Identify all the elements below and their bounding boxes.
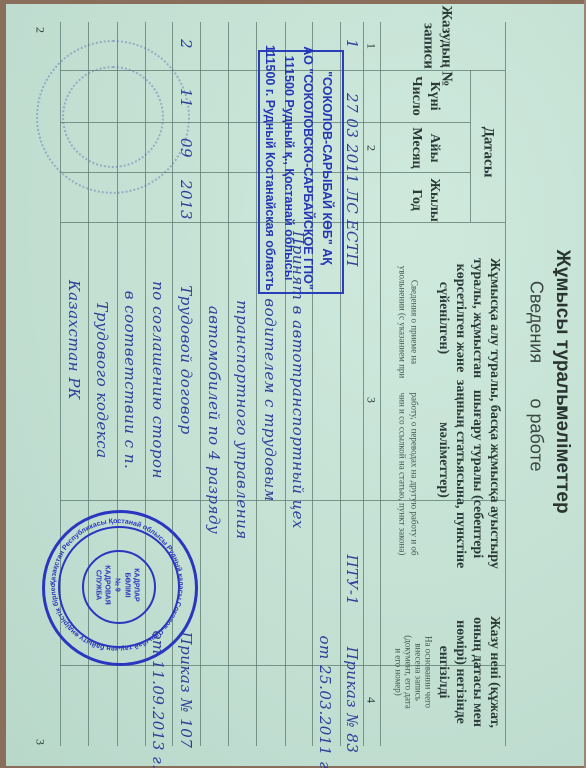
col3-header-ru-1: Сведения о приеме на [409, 280, 420, 364]
record-1-number: 1 [343, 39, 361, 49]
record-1-col4-line-2: от 25.03.2011 г. [316, 635, 334, 768]
day-header-kz: Күні [426, 81, 442, 110]
date-group-header: Датасы [480, 127, 497, 178]
stamp-line-1: "СОКОЛОВ-САРЫБАЙ КӨБ" АҚ [320, 71, 334, 265]
col3-header-ru-r1: работу, о переводах на другую работу и о… [409, 392, 420, 555]
col4-header-ru-1: На основании чего [423, 636, 434, 708]
grid-line [60, 500, 505, 501]
record-2-col3-line-3: в соответствии с п. [121, 291, 139, 470]
col1-header-ru: записи [420, 23, 437, 69]
col4-header-ru-4: и его номер) [393, 648, 404, 696]
col3-header-kz-4: сүйенілген) [435, 282, 451, 354]
col1-header-kz: Жазудың № [438, 6, 455, 87]
col1-number: 1 [364, 43, 379, 49]
col3-header-kz-r3: заңның статьясына, пунктіне [452, 380, 468, 568]
record-2-day: 11 [177, 88, 195, 108]
svg-text:Қазақстан Республикасы Қостана: Қазақстан Республикасы Қостанай облысы Р… [42, 510, 184, 652]
record-2-year: 2013 [177, 180, 195, 220]
day-header-ru: Число [408, 76, 424, 115]
month-header-ru: Месяц [408, 127, 424, 168]
record-1-col3-line-1: 27 03 2011 ЛС ЕСТП [343, 93, 361, 267]
title-ru-left: Сведения [526, 281, 547, 363]
title-kz-left: Жұмысы туралы [551, 250, 573, 411]
grid-line [505, 22, 506, 746]
col4-header-ru-3: (документ, его дата [403, 635, 414, 709]
col3-header-kz-r4: мәліметтер) [435, 422, 451, 498]
stamp-line-3: 111500 Рудный қ., Қостанай облысы [282, 56, 296, 281]
grid-line [228, 22, 229, 746]
grid-line [380, 22, 381, 746]
month-header-kz: Айы [426, 133, 442, 162]
record-1-col4-line-1: Приказ № 83 [343, 647, 361, 754]
col3-header-kz-1: Жұмысқа алу тура [486, 258, 502, 378]
col4-header-kz-2: оның датасы мен [469, 617, 485, 727]
col4-header-kz-3: нөмірі) негізінде [452, 620, 468, 724]
record-2-col3-line-2: по соглашению сторон [149, 281, 167, 479]
col4-header-kz-4: енгізілді [435, 646, 451, 699]
col3-header-ru-2: увольнении (с указанием при [397, 266, 408, 378]
grid-line [363, 22, 364, 746]
record-1-col3-line-4: водителем с трудовым [261, 298, 279, 501]
col3-header-kz-2: туралы, жұмыстан [469, 258, 485, 378]
col3-header-kz-r2: шығару туралы (себептері [469, 390, 485, 558]
page-number-left: 2 [33, 27, 48, 33]
col3-header-ru-r2: чин и со ссылкой на статью, пункт закона… [397, 393, 408, 556]
seal-outer-text-ring: Қазақстан Республикасы Қостанай облысы Р… [42, 510, 192, 660]
col2-number: 2 [364, 145, 379, 151]
title-ru-right: о работе [526, 398, 547, 471]
col3-header-kz-r1: лы, басқа жұмысқа ауыстыру [486, 379, 502, 569]
year-header-kz: Жылы [426, 178, 442, 222]
title-kz-right: мәліметтер [551, 406, 573, 513]
record-1-col3-line-6: автомобилей по 4 разряду [205, 306, 223, 534]
record-2-col3-line-1: Трудовой договор [177, 285, 195, 435]
record-2-col3-line-5: Казахстан РК [65, 280, 83, 400]
col4-number: 4 [364, 697, 379, 703]
record-1-col3-line-2: ПТУ-1 [343, 554, 361, 605]
record-2-number: 2 [177, 39, 195, 49]
stamp-line-4: 111500 г. Рудный Костанайская область [263, 45, 277, 291]
col3-header-kz-3: көрсетілген және [452, 264, 468, 373]
grid-line [470, 70, 471, 222]
year-header-ru: Год [408, 189, 424, 210]
page-number-right: 3 [33, 739, 48, 745]
grid-line [256, 22, 257, 746]
stamp-line-2: АО "СОКОЛОВСКО-САРБАЙСКОЕ ГПО" [301, 46, 315, 290]
grid-line [200, 22, 201, 746]
record-2-col3-line-4: Трудового кодекса [93, 301, 111, 458]
faint-seal-imprint-inner [62, 66, 164, 168]
record-2-month: 09 [177, 138, 195, 158]
col4-header-ru-2: внесена запись [413, 643, 424, 701]
col3-number: 3 [364, 397, 379, 403]
record-1-col3-line-5: транспортного управления [233, 300, 251, 539]
col4-header-kz-1: Жазу нені (құжат, [486, 616, 502, 728]
